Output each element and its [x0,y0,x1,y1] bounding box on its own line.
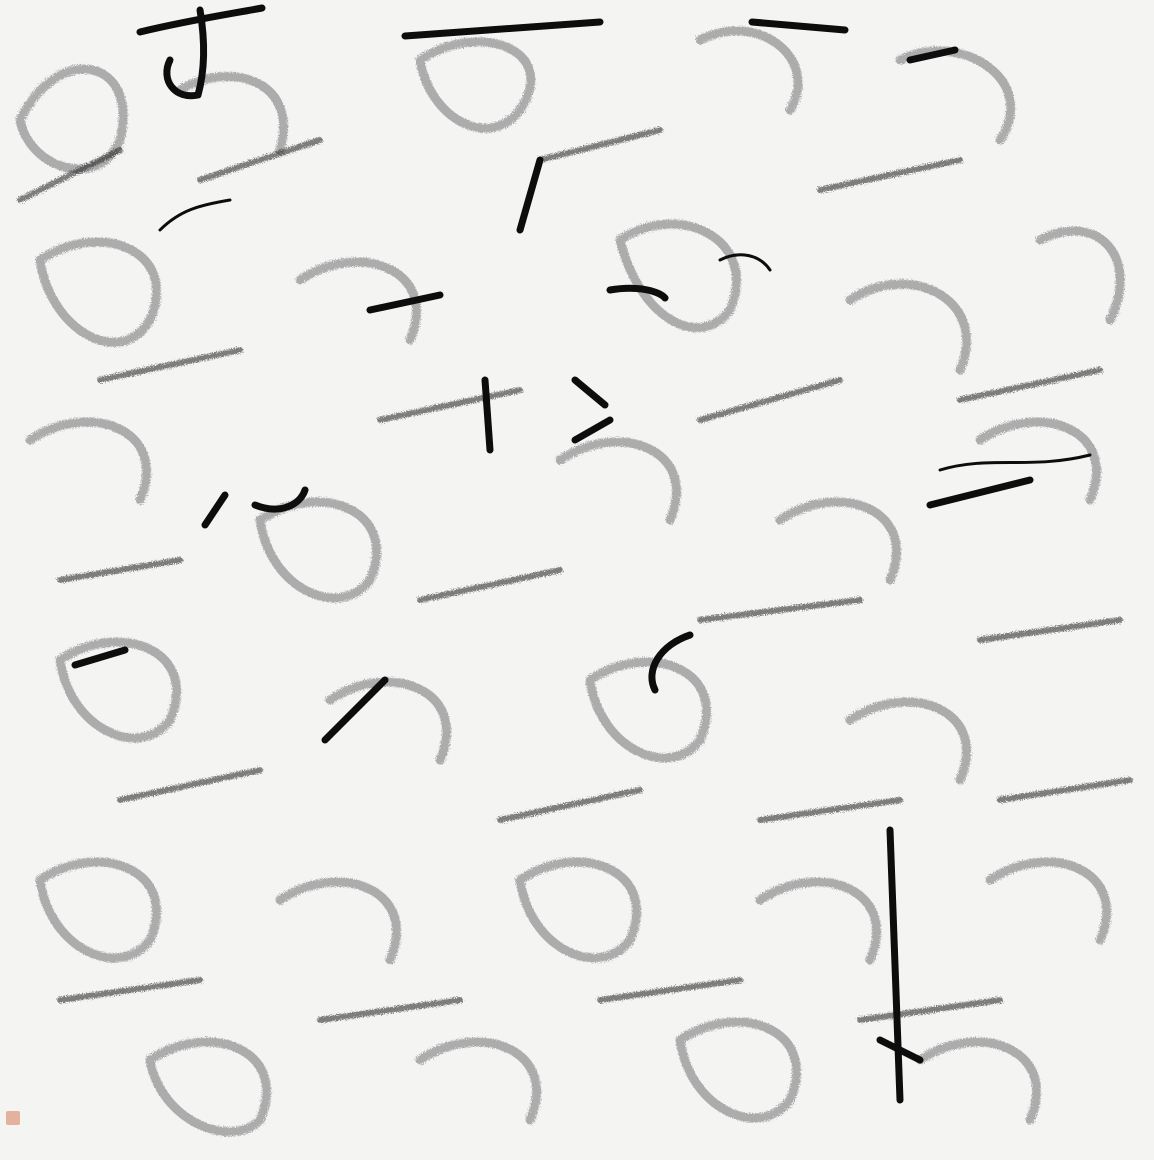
red-seal-stamp [6,1111,20,1125]
calligraphy-artwork [0,0,1154,1160]
ink-strokes [0,0,1154,1160]
